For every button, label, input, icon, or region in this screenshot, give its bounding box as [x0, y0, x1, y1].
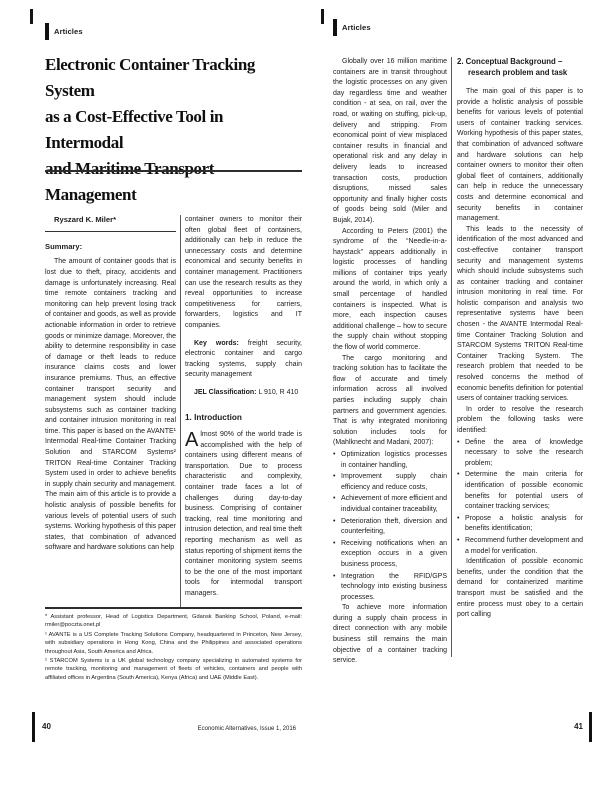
bullet-icon: •: [333, 450, 335, 461]
journal-footer: Economic Alternatives, Issue 1, 2016: [198, 726, 296, 732]
bullet-icon: •: [457, 514, 459, 525]
summary-heading: Summary:: [45, 242, 176, 253]
bullet-icon: •: [333, 517, 335, 528]
bullet-item: •Define the area of knowledge necessary …: [457, 438, 583, 470]
column-divider: [451, 57, 452, 657]
author-divider-rule: [45, 231, 176, 232]
drop-cap: A: [185, 430, 200, 449]
introduction-text: lmost 90% of the world trade is accompli…: [185, 431, 302, 597]
keywords-label: Key words:: [194, 340, 239, 347]
article-title-line: Electronic Container Tracking System: [45, 52, 302, 104]
footnotes: * Assistant professor, Head of Logistics…: [45, 613, 302, 683]
summary-paragraph-continued: container owners to monitor their often …: [185, 215, 302, 332]
left-page-column-2: container owners to monitor their often …: [185, 215, 302, 600]
body-paragraph: This leads to the necessity of identific…: [457, 225, 583, 405]
body-paragraph: To achieve more information during a sup…: [333, 603, 447, 667]
bullet-text: Achievement of more efficient and indivi…: [341, 495, 447, 513]
bullet-text: Propose a holistic analysis for benefits…: [465, 515, 583, 533]
right-page: Articles Globally over 16 million mariti…: [333, 0, 583, 800]
jel-text: L 910, R 410: [257, 389, 299, 396]
bullet-text: Integration the RFID/GPS technology into…: [341, 573, 447, 601]
bullet-item: •Integration the RFID/GPS technology int…: [333, 572, 447, 604]
bullet-text: Receiving notifications when an exceptio…: [341, 540, 447, 568]
bullet-text: Recommend further development and a mode…: [465, 537, 583, 555]
bullet-item: •Receiving notifications when an excepti…: [333, 539, 447, 571]
footnote-1: ¹ AVANTE is a US Complete Tracking Solut…: [45, 631, 302, 656]
title-divider-rule: [45, 170, 302, 172]
section-label: Articles: [342, 23, 371, 32]
bullet-item: •Optimization logistics processes in con…: [333, 450, 447, 471]
footnote-2: ² STARCOM Systems is a UK global technol…: [45, 657, 302, 682]
bullet-icon: •: [457, 438, 459, 449]
bullet-item: •Achievement of more efficient and indiv…: [333, 494, 447, 515]
section-header: Articles: [333, 19, 371, 36]
conceptual-background-heading: 2. Conceptual Background – research prob…: [457, 57, 583, 78]
body-paragraph: According to Peters (2001) the syndrome …: [333, 227, 447, 354]
section-header-bar: [333, 19, 337, 36]
column-divider: [180, 215, 181, 608]
bullet-icon: •: [333, 494, 335, 505]
page-number-left: 40: [42, 722, 51, 731]
page-number-right: 41: [574, 722, 583, 731]
bullet-item: •Determine the main criteria for identif…: [457, 470, 583, 512]
jel-paragraph: JEL Classification: L 910, R 410: [185, 388, 302, 399]
left-page-column-1: Ryszard K. Miler* Summary: The amount of…: [45, 215, 176, 554]
author-name: Ryszard K. Miler*: [45, 215, 176, 226]
introduction-heading: 1. Introduction: [185, 413, 302, 424]
page-number-bar-right: [589, 712, 592, 742]
page-edge-mark-left: [30, 9, 33, 24]
left-page: Articles Electronic Container Tracking S…: [45, 0, 302, 800]
section-header-bar: [45, 23, 49, 40]
bullet-text: Improvement supply chain efficiency and …: [341, 473, 447, 491]
keywords-paragraph: Key words: freight security, electronic …: [185, 339, 302, 381]
bullet-icon: •: [333, 539, 335, 550]
right-page-column-2: 2. Conceptual Background – research prob…: [457, 57, 583, 621]
bullet-item: •Recommend further development and a mod…: [457, 536, 583, 557]
bullet-icon: •: [457, 470, 459, 481]
page-edge-mark-right: [321, 9, 324, 24]
summary-paragraph: The amount of container goods that is lo…: [45, 257, 176, 554]
article-title-line: as a Cost-Effective Tool in Intermodal: [45, 104, 302, 156]
body-paragraph: The main goal of this paper is to provid…: [457, 87, 583, 225]
body-paragraph: Globally over 16 million maritime contai…: [333, 57, 447, 227]
right-page-column-1: Globally over 16 million maritime contai…: [333, 57, 447, 667]
body-paragraph: The cargo monitoring and tracking soluti…: [333, 354, 447, 449]
section-header: Articles: [45, 23, 83, 40]
page-number-bar-left: [32, 712, 35, 742]
bullet-icon: •: [457, 536, 459, 547]
bullet-item: •Deterioration theft, diversion and coun…: [333, 517, 447, 538]
bullet-text: Optimization logistics processes in cont…: [341, 451, 447, 469]
bullet-text: Determine the main criteria for identifi…: [465, 471, 583, 510]
article-title-line: and Maritime Transport Management: [45, 156, 302, 208]
introduction-paragraph: Almost 90% of the world trade is accompl…: [185, 430, 302, 600]
footnote-author: * Assistant professor, Head of Logistics…: [45, 613, 302, 630]
bullet-text: Deterioration theft, diversion and count…: [341, 518, 447, 536]
footnote-divider-rule: [45, 607, 302, 609]
jel-label: JEL Classification:: [194, 389, 257, 396]
bullet-icon: •: [333, 572, 335, 583]
bullet-item: •Improvement supply chain efficiency and…: [333, 472, 447, 493]
article-title: Electronic Container Tracking System as …: [45, 52, 302, 208]
bullet-item: •Propose a holistic analysis for benefit…: [457, 514, 583, 535]
section-label: Articles: [54, 27, 83, 36]
body-paragraph: In order to resolve the research problem…: [457, 405, 583, 437]
bullet-text: Define the area of knowledge necessary t…: [465, 439, 583, 467]
bullet-icon: •: [333, 472, 335, 483]
body-paragraph: Identification of possible economic bene…: [457, 557, 583, 621]
